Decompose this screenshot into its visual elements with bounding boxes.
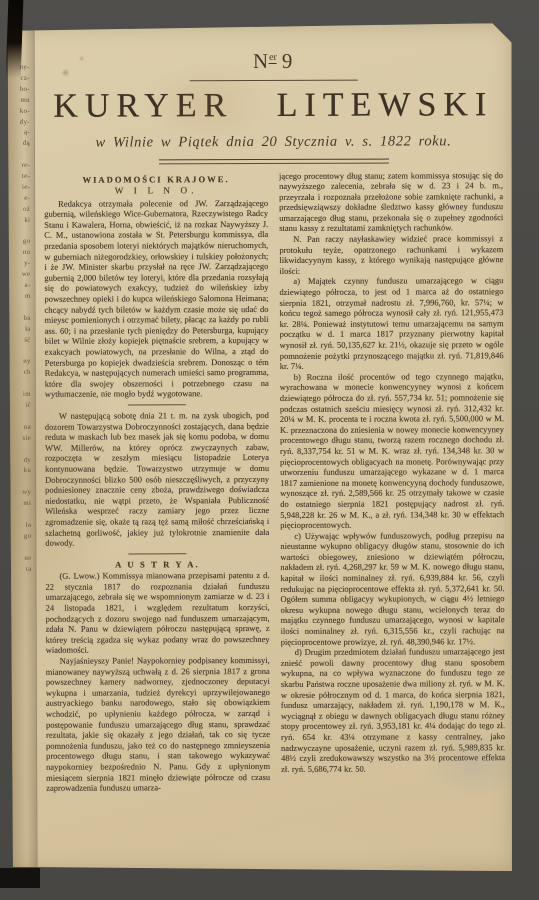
page-bleed-fragment: sie xyxy=(9,434,36,445)
page-bleed-fragment: we xyxy=(8,270,35,281)
page-content: Ner9 KURYER LITEWSKI w Wilnie w Piątek d… xyxy=(35,48,515,823)
page-bleed-fragment: ch xyxy=(9,368,36,379)
masthead: Ner9 KURYER LITEWSKI w Wilnie w Piątek d… xyxy=(44,48,503,164)
page-bleed-fragment: ny xyxy=(9,357,36,368)
paragraph: Redakcya otrzymała polecenie od JW. Zarz… xyxy=(44,198,269,400)
page-bleed-fragment: re- xyxy=(8,161,35,172)
page-bleed-fragment xyxy=(9,412,36,423)
page-bleed-fragment: ie- xyxy=(8,183,35,194)
issue-value: 9 xyxy=(282,49,294,73)
page-bleed-fragment: ko- xyxy=(8,106,35,117)
paragraph: N. Pan raczy nayłaskawiey widzieć prace … xyxy=(279,233,503,276)
page-bleed-fragment xyxy=(9,510,36,521)
paragraph: b) Roczna ilość procentów od tego czynne… xyxy=(280,371,505,531)
page-bleed-fragment xyxy=(8,226,35,237)
divider xyxy=(128,553,186,554)
page-bleed-fragment: y- xyxy=(8,259,35,270)
page-bleed-fragment xyxy=(9,379,36,390)
dateline: w Wilnie w Piątek dnia 20 Stycznia v. s.… xyxy=(44,133,503,152)
page-bleed-fragment: oż xyxy=(8,205,35,216)
page-bleed-fragment: ić xyxy=(9,401,36,412)
page-bleed-fragment xyxy=(8,303,35,314)
newspaper-title: KURYER LITEWSKI xyxy=(44,86,503,126)
page-bleed-fragment: nu xyxy=(8,248,35,259)
page-bleed-fragment: go xyxy=(9,532,36,543)
issue-number: Ner9 xyxy=(44,48,503,75)
section-heading: WIADOMOŚCI KRAJOWE. xyxy=(44,173,268,184)
page-bleed-fragment: ki xyxy=(8,215,35,226)
previous-page-bleed: ny-cz-ho-muko-dy-ą-dąre-te-ie-e-ożkigonu… xyxy=(8,25,38,873)
article-columns: WIADOMOŚCI KRAJOWE.W I L N O.Redakcya ot… xyxy=(44,170,505,824)
newspaper-page: ny-cz-ho-muko-dy-ą-dąre-te-ie-e-ożkigonu… xyxy=(8,23,515,873)
masthead-rule-bottom xyxy=(158,159,388,164)
paragraph: c) Używając wpływów funduszowych, podług… xyxy=(280,530,504,647)
binding-tape-shadow xyxy=(6,0,24,78)
page-bleed-fragment xyxy=(8,150,35,161)
newspaper-scan: { "scan": { "background_color": "#4b4a47… xyxy=(0,0,539,900)
paragraph: a) Majątek czynny funduszu umarzającego … xyxy=(279,276,503,372)
page-bleed-fragment: ść xyxy=(9,335,36,346)
page-bleed-fragment xyxy=(9,444,36,455)
page-bleed-fragment: ne xyxy=(9,553,36,564)
page-bleed-fragment xyxy=(9,477,36,488)
page-bleed-fragment: m xyxy=(8,292,35,303)
page-bleed-fragment: ła xyxy=(9,324,36,335)
paragraph: W następującą sobotę dnia 21 t. m. na zy… xyxy=(45,410,269,548)
page-bleed-fragment: mu xyxy=(8,96,35,107)
page-bleed-fragment: ku xyxy=(9,466,36,477)
page-bleed-fragment: ła xyxy=(9,521,36,532)
page-bleed-fragment xyxy=(9,346,36,357)
page-bleed-fragment: dy- xyxy=(8,117,35,128)
page-bleed-fragment: dą xyxy=(8,139,35,150)
masthead-rule-top xyxy=(189,80,357,82)
column-right: jącego procentowy dług stanu; zatem komm… xyxy=(279,170,505,823)
place-heading: W I L N O. xyxy=(44,185,268,196)
page-bleed-fragment: ą- xyxy=(8,128,35,139)
page-bleed-fragment: na xyxy=(9,423,36,434)
paragraph: d) Drugim przedmiotem działań funduszu u… xyxy=(281,646,505,774)
page-bleed-fragment: go xyxy=(8,237,35,248)
column-left: WIADOMOŚCI KRAJOWE.W I L N O.Redakcya ot… xyxy=(44,170,270,823)
issue-prefix: N xyxy=(253,49,269,73)
paragraph: (G. Lwow.) Kommissya mianowana przepisam… xyxy=(45,570,269,656)
section-heading: A U S T R Y A. xyxy=(45,559,269,570)
issue-superscript: er xyxy=(269,52,277,64)
page-bleed-fragment: e- xyxy=(8,194,35,205)
page-bleed-fragment: mi xyxy=(9,499,36,510)
page-bleed-fragment: a- xyxy=(8,281,35,292)
divider xyxy=(128,404,186,405)
page-bleed-fragment: ba xyxy=(9,314,36,325)
page-bleed-fragment: te- xyxy=(8,172,35,183)
page-bleed-fragment: im xyxy=(9,390,36,401)
page-bleed-fragment xyxy=(9,543,36,554)
page-bleed-fragment: ho- xyxy=(8,85,35,96)
paragraph: Nayjaśnieyszy Panie! Naypokorniey podpis… xyxy=(46,655,270,793)
paragraph: jącego procentowy dług stanu; zatem komm… xyxy=(279,170,503,234)
page-bleed-fragment: wy xyxy=(9,488,36,499)
page-bleed-fragment: dy xyxy=(9,455,36,466)
gutter-shadow xyxy=(0,868,40,888)
page-bleed-fragment: ta xyxy=(9,564,36,575)
